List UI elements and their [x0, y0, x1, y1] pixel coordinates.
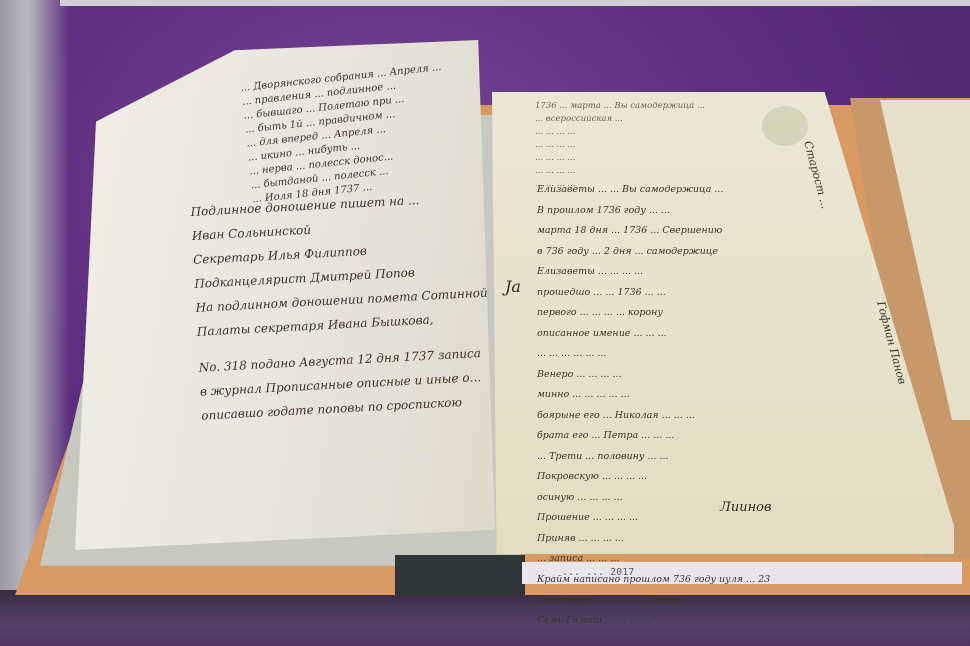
seal-stamp: [762, 106, 808, 146]
text-line: Елизаветы ... ... Вы самодержица ...: [537, 180, 770, 201]
text-line: ... ... ... ... ... ...: [537, 344, 770, 365]
text-line: Крайм написано прошлом 736 году иуля ...…: [537, 570, 770, 591]
text-line: боярыне его ... Николая ... ... ...: [537, 406, 770, 427]
text-line: Покровскую ... ... ... ...: [537, 467, 770, 488]
margin-note-left: Ја: [505, 277, 521, 296]
text-line: ... ... ... ...: [535, 165, 705, 178]
right-page-body: Елизаветы ... ... Вы самодержица ... В п…: [537, 180, 770, 631]
text-line: минно ... ... ... ... ...: [537, 385, 770, 406]
text-line: ... Трети ... половину ... ...: [537, 447, 770, 468]
text-line: Приняв ... ... ... ...: [537, 529, 770, 550]
text-line: В прошлом 1736 году ... ...: [537, 201, 770, 222]
left-page-body: Подлинное доношение пишет на ... Иван Со…: [190, 185, 494, 428]
text-line: ... ... ... ...: [535, 152, 705, 165]
text-line: ... всероссийская ...: [535, 113, 705, 126]
text-line: Семь Голопи ... ... ... ...: [537, 611, 770, 632]
right-page-faded-block: 1736 ... марта ... Вы самодержица ... ..…: [535, 100, 705, 191]
text-line: первого ... ... ... ... корону: [537, 303, 770, 324]
text-line: Елизаветы ... ... ... ...: [537, 262, 770, 283]
text-line: ... ... ... ...: [535, 126, 705, 139]
book-spine: [395, 555, 525, 595]
text-line: ... ... ... ...: [535, 139, 705, 152]
fabric-shadow: [0, 590, 970, 646]
text-line: описанное имение ... ... ...: [537, 324, 770, 345]
signature: Лиинов: [720, 500, 772, 515]
text-line: прошедшо ... ... 1736 ... ...: [537, 283, 770, 304]
text-line: Леонтарей ... ... ... ... Панов: [537, 590, 770, 611]
left-page-header: ... Дворянского собрания ... Апреля ... …: [240, 61, 454, 207]
text-line: брата его ... Петра ... ... ...: [537, 426, 770, 447]
text-line: ... записа ... ... ...: [537, 549, 770, 570]
text-line: в 736 году ... 2 дня ... самодержице: [537, 242, 770, 263]
text-line: 1736 ... марта ... Вы самодержица ...: [535, 100, 705, 113]
text-line: Венеро ... ... ... ...: [537, 365, 770, 386]
text-line: марта 18 дня ... 1736 ... Свершению: [537, 221, 770, 242]
display-case-glass-top: [60, 0, 970, 6]
